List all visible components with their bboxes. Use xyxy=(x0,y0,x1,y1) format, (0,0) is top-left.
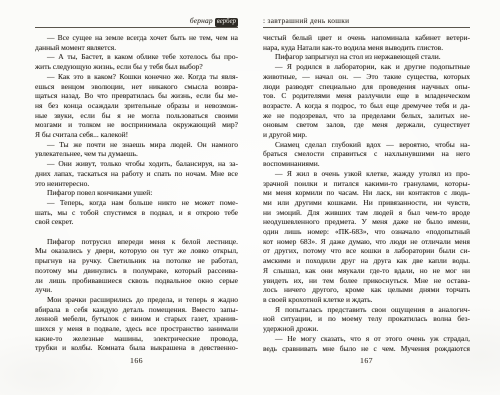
text-line: увидеть их, ни тем более прикоснуться. М… xyxy=(263,276,470,286)
text-line: воспоминаниями. xyxy=(263,159,470,169)
running-header-title: : завтрашний день кошки xyxy=(263,15,470,28)
page-left: бернарвербер — Все сущее на земле всегда… xyxy=(35,15,238,365)
text-line: свой секрет. xyxy=(35,217,238,227)
text-line: ешься венцом эволюции, нет никакого смыс… xyxy=(35,82,238,92)
author-name: бернар xyxy=(190,16,213,25)
text-line: щаться назад. Во что превратилась бы жиз… xyxy=(35,91,238,101)
page-text-left: — Все сущее на земле всегда хочет быть н… xyxy=(35,33,238,353)
text-line: и другой мир. xyxy=(263,130,470,140)
text-line: Пифагор потрусил впереди меня к белой ле… xyxy=(35,237,238,247)
text-line: Я слышал, как они мяукали где-то вдали, … xyxy=(263,266,470,276)
text-line: оновым светом залов, где меня держали, с… xyxy=(263,120,470,130)
page-number-left: 166 xyxy=(35,356,238,365)
text-line: же не подозревал, что за пределами белых… xyxy=(263,111,470,121)
running-header-author: бернарвербер xyxy=(35,15,238,28)
text-line: шать, мы с тобой спустимся в подвал, и я… xyxy=(35,208,238,218)
text-line: от других, потому что все кошки в лабора… xyxy=(263,246,470,256)
page-right: : завтрашний день кошки чистый белый цве… xyxy=(263,15,470,365)
text-line: неодушевленного предмета. У меня даже не… xyxy=(263,217,470,227)
text-line: тов. С родителями меня разлучили еще в м… xyxy=(263,91,470,101)
text-line: в своей крохотной клетке и ждать. xyxy=(263,295,470,305)
text-line: мозгами и толком не воспринимала окружаю… xyxy=(35,120,238,130)
text-line: Мои зрачки расширились до предела, и теп… xyxy=(35,295,238,305)
text-line: вбирала в себя каждую деталь помещения. … xyxy=(35,305,238,315)
author-badge: вербер xyxy=(215,18,238,27)
text-line: ня без конца осаждали зрительные образы … xyxy=(35,101,238,111)
text-line: амскими и походили друг на друга как две… xyxy=(263,256,470,266)
text-line: Я попыталась представить свои ощущения в… xyxy=(263,305,470,315)
text-line: нара, куда Натали как-то водила меня выв… xyxy=(263,43,470,53)
text-line: увлекательнее, чем ты думаешь. xyxy=(35,149,238,159)
scene-break xyxy=(35,227,238,237)
text-line: ми или другими кошками. Ни привязанности… xyxy=(263,198,470,208)
page-text-right: чистый белый цвет и очень напоминала каб… xyxy=(263,33,470,353)
text-line: поэтому мы двинулись в полумраке, которы… xyxy=(35,266,238,276)
text-line: какие-то железные машины, электрические … xyxy=(35,334,238,344)
text-line: — Они живут, только чтобы ходить, баланс… xyxy=(35,159,238,169)
text-line: Я бы считала себя... калекой! xyxy=(35,130,238,140)
text-line: ленной мебели, бутылок с вином и старых … xyxy=(35,314,238,324)
text-line: возрасте. А когда я подрос, то был еще д… xyxy=(263,101,470,111)
text-line: — Ты же почти не знаешь мира людей. Он н… xyxy=(35,140,238,150)
text-line: — Все сущее на земле всегда хочет быть н… xyxy=(35,33,238,43)
text-line: — Я жил в очень узкой клетке, жажду утол… xyxy=(263,169,470,179)
text-line: лучи. xyxy=(35,285,238,295)
text-line: кот номер 683». Я даже думаю, что люди н… xyxy=(263,237,470,247)
text-line: браться смелости справиться с нахлынувши… xyxy=(263,149,470,159)
text-line: удержной дрожи. xyxy=(263,324,470,334)
text-line: — Как это в каком? Кошки конечно же. Ког… xyxy=(35,72,238,82)
text-line: Пифагор повел кончиками ушей: xyxy=(35,188,238,198)
text-line: — А ты, Бастет, в каком облике тебе хоте… xyxy=(35,52,238,62)
text-line: один лишь номер: «ПК-683», что означало … xyxy=(263,227,470,237)
text-line: Сиамец сделал глубокий вдох — вероятно, … xyxy=(263,140,470,150)
text-line: трубки и колбы. Комната была выкрашена в… xyxy=(35,343,238,353)
text-line: — Я родился в лаборатории, как и другие … xyxy=(263,62,470,72)
text-line: ной ситуации, и по моему телу прокатилас… xyxy=(263,314,470,324)
text-line: животные, — начал он. — Это такие сущест… xyxy=(263,72,470,82)
text-line: зрачной поилки и питался какими-то грану… xyxy=(263,179,470,189)
book-scan: бернарвербер — Все сущее на земле всегда… xyxy=(0,0,500,395)
text-line: ведь сравнивать мне было не с чем. Мучен… xyxy=(263,344,470,354)
text-line: жить следующую жизнь, если бы у тебя был… xyxy=(35,62,238,72)
text-line: ли лишь пробивавшиеся сквозь подвальное … xyxy=(35,276,238,286)
text-line: прыгнув на ручку. Светильник на потолке … xyxy=(35,256,238,266)
text-line: Пифагор запрыгнул на стол из нержавеющей… xyxy=(263,52,470,62)
text-line: шихся у меня в подвале, здесь все простр… xyxy=(35,324,238,334)
text-line: лось ничего другого, кроме как целыми дн… xyxy=(263,285,470,295)
text-line: данный момент является. xyxy=(35,43,238,53)
text-line: ми меня кормили по часам. Ни ласк, ни ко… xyxy=(263,188,470,198)
text-line: ни эмоций. Для живших там людей я был че… xyxy=(263,208,470,218)
text-line: это неинтересно. xyxy=(35,179,238,189)
book-title: : завтрашний день кошки xyxy=(263,16,349,25)
text-line: люди разводят специально для проведения … xyxy=(263,82,470,92)
text-line: Мы оказались у двери, которую он тут же … xyxy=(35,246,238,256)
text-line: чистый белый цвет и очень напоминала каб… xyxy=(263,33,470,43)
text-line: ные звуки, если бы я не могла пользовать… xyxy=(35,111,238,121)
text-line: дних лапах, таскаться на работу и спать … xyxy=(35,169,238,179)
text-line: — Теперь, когда нам больше никто не може… xyxy=(35,198,238,208)
text-line: — Не могу сказать, что я от этого очень … xyxy=(263,334,470,344)
page-number-right: 167 xyxy=(263,356,470,365)
